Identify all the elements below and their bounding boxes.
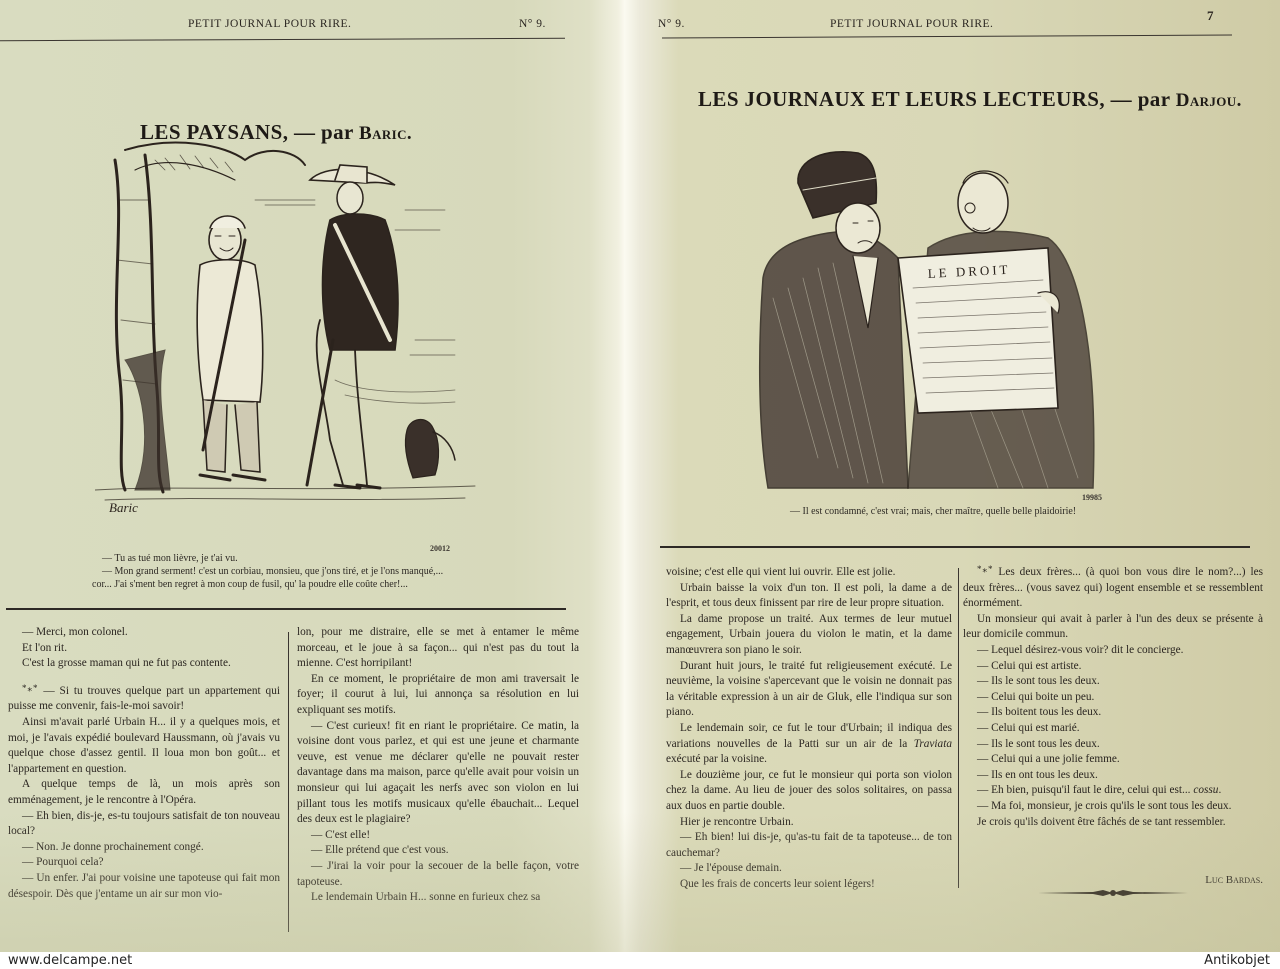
text-column-1: voisine; c'est elle qui vient lui ouvrir…	[666, 565, 952, 892]
paragraph: voisine; c'est elle qui vient lui ouvrir…	[666, 565, 952, 581]
issue-number: N° 9.	[519, 18, 546, 30]
section-divider	[660, 546, 1250, 548]
paragraph: — Eh bien, dis-je, es-tu toujours satisf…	[8, 809, 280, 840]
paragraph: — Pourquoi cela?	[8, 855, 280, 871]
watermark-bar	[0, 952, 1280, 969]
page-number: 7	[1207, 8, 1214, 24]
paragraph: — J'irai la voir pour la secouer de la b…	[297, 859, 579, 890]
peasants-illustration: Baric	[95, 140, 480, 520]
asterism-icon: *⁎*	[22, 683, 39, 693]
column-divider	[958, 568, 959, 888]
paragraph: Le lendemain Urbain H... sonne en furieu…	[297, 890, 579, 906]
paragraph: — C'est elle!	[297, 828, 579, 844]
paragraph: — C'est curieux! fit en riant le proprié…	[297, 719, 579, 828]
paragraph: — Celui qui boite un peu.	[963, 690, 1263, 706]
left-page: PETIT JOURNAL POUR RIRE. N° 9. LES PAYSA…	[0, 0, 585, 952]
issue-number: N° 9.	[658, 18, 685, 30]
paragraph: A quelque temps de là, un mois après son…	[8, 777, 280, 808]
watermark-left: www.delcampe.net	[8, 952, 132, 969]
caption-line: cor... J'ai s'ment ben regret à mon coup…	[92, 578, 500, 591]
illustration-caption: — Il est condamné, c'est vrai; mais, che…	[790, 505, 1190, 518]
paragraph: — Celui qui est marié.	[963, 721, 1263, 737]
article-title: LES JOURNAUX ET LEURS LECTEURS, — par Da…	[698, 87, 1242, 112]
paragraph: Le douzième jour, ce fut le monsieur qui…	[666, 768, 952, 815]
title-author: Darjou.	[1176, 90, 1242, 111]
column-divider	[288, 632, 289, 932]
paragraph: — Je l'épouse demain.	[666, 861, 952, 877]
title-text: LES JOURNAUX ET LEURS LECTEURS, — par	[698, 87, 1176, 111]
running-head: PETIT JOURNAL POUR RIRE.	[188, 18, 351, 30]
watermark-right: Antikobjet	[1204, 952, 1270, 969]
artist-signature: Baric	[109, 500, 138, 515]
paragraph: — Celui qui est artiste.	[963, 659, 1263, 675]
paragraph: En ce moment, le propriétaire de mon ami…	[297, 672, 579, 719]
paragraph: — Un enfer. J'ai pour voisine une tapote…	[8, 871, 280, 902]
newspaper-spread: PETIT JOURNAL POUR RIRE. N° 9. LES PAYSA…	[0, 0, 1280, 952]
paragraph: — Elle prétend que c'est vous.	[297, 843, 579, 859]
running-head: PETIT JOURNAL POUR RIRE.	[830, 18, 993, 30]
paragraph: Je crois qu'ils doivent être fâchés de s…	[963, 815, 1263, 831]
caption-line: — Mon grand serment! c'est un corbiau, m…	[100, 565, 500, 578]
paragraph: Et l'on rit.	[8, 641, 280, 657]
header-rule	[0, 38, 565, 41]
paragraph: — Lequel désirez-vous voir? dit le conci…	[963, 643, 1263, 659]
paragraph: *⁎* — Si tu trouves quelque part un appa…	[8, 684, 280, 715]
paragraph: — Non. Je donne prochainement congé.	[8, 840, 280, 856]
paragraph: lon, pour me distraire, elle se met à en…	[297, 625, 579, 672]
paragraph: — Ma foi, monsieur, je crois qu'ils le s…	[963, 799, 1263, 815]
paragraph: — Merci, mon colonel.	[8, 625, 280, 641]
text-column-2: lon, pour me distraire, elle se met à en…	[297, 625, 579, 906]
decorative-ornament	[1038, 888, 1188, 898]
caption-line: — Tu as tué mon lièvre, je t'ai vu.	[100, 552, 500, 565]
paragraph: La dame propose un traité. Aux termes de…	[666, 612, 952, 659]
paragraph: — Ils le sont tous les deux.	[963, 674, 1263, 690]
paragraph: — Ils en ont tous les deux.	[963, 768, 1263, 784]
asterism-icon: *⁎*	[977, 564, 994, 574]
paragraph: — Ils le sont tous les deux.	[963, 737, 1263, 753]
header-rule	[662, 35, 1232, 39]
author-signature: Luc Bardas.	[963, 874, 1280, 886]
paragraph: — Eh bien, puisqu'il faut le dire, celui…	[963, 783, 1263, 799]
paragraph: Le lendemain soir, ce fut le tour d'Urba…	[666, 721, 952, 768]
paragraph: Que les frais de concerts leur soient lé…	[666, 877, 952, 893]
section-divider	[6, 608, 566, 610]
illustration-caption: — Tu as tué mon lièvre, je t'ai vu. — Mo…	[100, 552, 500, 591]
paragraph: — Celui qui a une jolie femme.	[963, 752, 1263, 768]
paragraph: Urbain baisse la voix d'un ton. Il est p…	[666, 581, 952, 612]
paragraph: Ainsi m'avait parlé Urbain H... il y a q…	[8, 715, 280, 777]
text-column-2: *⁎* Les deux frères... (à quoi bon vous …	[963, 565, 1263, 830]
paragraph: — Ils boitent tous les deux.	[963, 705, 1263, 721]
plate-number: 19985	[1082, 493, 1102, 502]
paragraph: Un monsieur qui avait à parler à l'un de…	[963, 612, 1263, 643]
paragraph: *⁎* Les deux frères... (à quoi bon vous …	[963, 565, 1263, 612]
text-column-1: — Merci, mon colonel.Et l'on rit.C'est l…	[8, 625, 280, 902]
paragraph: — Eh bien! lui dis-je, qu'as-tu fait de …	[666, 830, 952, 861]
lawyers-illustration: LE DROIT	[758, 128, 1098, 498]
paragraph: Durant huit jours, le traité fut religie…	[666, 659, 952, 721]
paragraph: C'est la grosse maman qui ne fut pas con…	[8, 656, 280, 672]
paragraph: Hier je rencontre Urbain.	[666, 815, 952, 831]
right-page: N° 9. PETIT JOURNAL POUR RIRE. 7 LES JOU…	[650, 0, 1280, 952]
